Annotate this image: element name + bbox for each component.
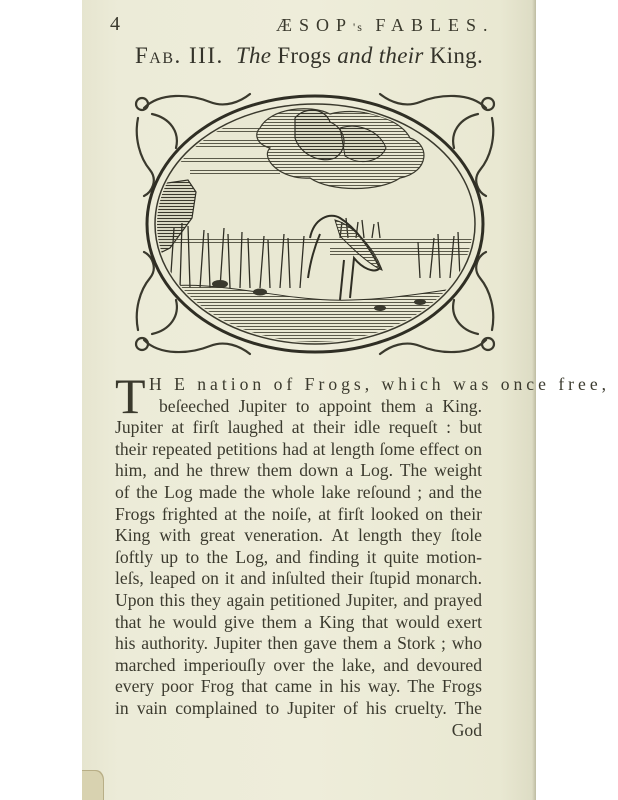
book-title-fables: FABLES. — [375, 15, 494, 35]
text-line: him, and he threw them down a Log. The w… — [115, 460, 482, 482]
torn-corner — [82, 770, 104, 800]
title-italic-the: The — [236, 43, 271, 68]
running-head: 4 ÆSOP's FABLES. — [82, 13, 536, 37]
text-line: King with great veneration. At length th… — [115, 525, 482, 547]
book-title: ÆSOP's FABLES. — [276, 15, 495, 36]
text-line: H E nation of Frogs, which was once free… — [115, 374, 482, 396]
text-line: in vain complained to Jupiter of his cru… — [115, 698, 482, 720]
text-line: their repeated petitions had at length ſ… — [115, 439, 482, 461]
fable-title: Fab. III. The Frogs and their King. — [82, 43, 536, 69]
drop-cap: T — [115, 376, 146, 416]
text-line: that he would give them a King that woul… — [115, 612, 482, 634]
text-line: beſeeched Jupiter to appoint them a King… — [115, 396, 482, 418]
title-king: King. — [430, 43, 483, 68]
text-line: Jupiter at firſt laughed at their idle r… — [115, 417, 482, 439]
text-line: Upon this they again petitioned Jupiter,… — [115, 590, 482, 612]
text-line: his authority. Jupiter then gave them a … — [115, 633, 482, 655]
text-line: leſs, leaped on it and inſulted their ſt… — [115, 568, 482, 590]
text-line: of the Log made the whole lake reſound ;… — [115, 482, 482, 504]
book-title-main: ÆSOP — [276, 15, 353, 35]
title-frogs: Frogs — [277, 43, 331, 68]
text-line: marched imperiouſly over the lake, and d… — [115, 655, 482, 677]
fable-text: T H E nation of Frogs, which was once fr… — [115, 374, 482, 741]
engraving-illustration — [130, 88, 500, 360]
text-line: every poor Frog that came in his way. Th… — [115, 676, 482, 698]
catchword: God — [115, 720, 482, 742]
text-line: ſoftly up to the Log, and finding it qui… — [115, 547, 482, 569]
fable-number: Fab. III. — [135, 43, 224, 68]
book-page: 4 ÆSOP's FABLES. Fab. III. The Frogs and… — [82, 0, 536, 800]
title-italic-and-their: and their — [337, 43, 423, 68]
book-title-possessive: 's — [353, 20, 364, 34]
page-number: 4 — [110, 13, 120, 36]
text-line: Frogs frighted at the noiſe, at firſt lo… — [115, 504, 482, 526]
woodcut-icon — [130, 88, 500, 360]
